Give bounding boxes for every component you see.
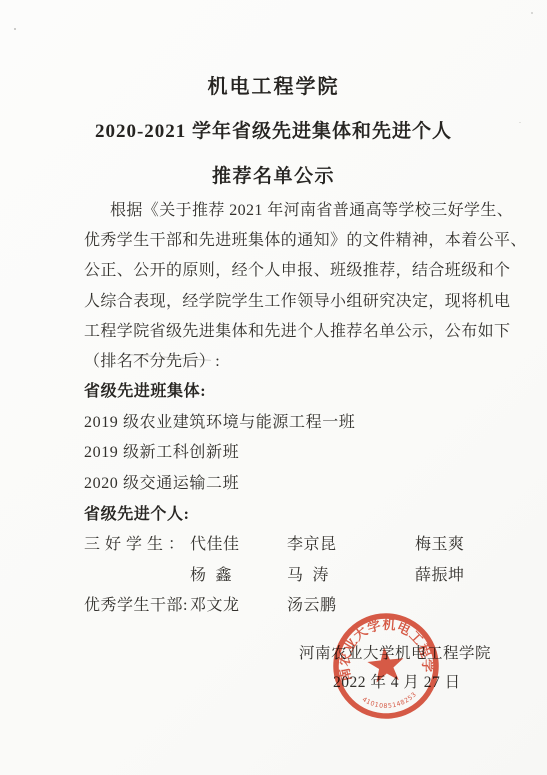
scan-speck [531, 12, 533, 14]
student-name: 代佳佳 [190, 530, 287, 561]
student-name: 马 涛 [287, 561, 415, 592]
collective-item: 2019 级新工科创新班 [84, 438, 490, 469]
collective-section-header: 省级先进班集体: [84, 377, 490, 408]
collective-item: 2020 级交通运输二班 [84, 469, 490, 500]
signature-date: 2022 年 4 月 27 日 [333, 670, 461, 692]
student-name [415, 591, 490, 622]
document-title-college: 机电工程学院 [0, 70, 547, 99]
body-line: 根据《关于推荐 2021 年河南省普通高等学校三好学生、 [84, 196, 490, 226]
body-line: （排名不分先后）: [84, 347, 490, 377]
collective-item: 2019 级农业建筑环境与能源工程一班 [84, 408, 490, 439]
award-category-label: 三 好 学 生 ： [84, 530, 190, 561]
award-category-label: 优秀学生干部: [84, 591, 190, 622]
body-line: 优秀学生干部和先进班集体的通知》的文件精神，本着公平、 [84, 226, 490, 256]
body-line: 公正、公开的原则，经个人申报、班级推荐，结合班级和个 [84, 256, 490, 286]
award-row-cadre: 优秀学生干部: 邓文龙 汤云鹏 [84, 591, 490, 622]
scanned-document-page: 机电工程学院 2020-2021 学年省级先进集体和先进个人 推荐名单公示 根据… [0, 0, 547, 775]
signature-organization: 河南农业大学机电工程学院 [299, 641, 491, 663]
student-name: 李京昆 [287, 530, 415, 561]
individual-section-header: 省级先进个人: [84, 500, 490, 531]
seal-number-textpath: 4101085148253 [360, 690, 419, 712]
document-title-notice: 推荐名单公示 [0, 161, 547, 188]
student-name: 邓文龙 [190, 591, 287, 622]
body-line: 工程学院省级先进集体和先进个人推荐名单公示，公布如下 [84, 317, 490, 347]
scan-speck [14, 28, 16, 30]
award-row-sanhao-1: 三 好 学 生 ： 代佳佳 李京昆 梅玉爽 [84, 530, 490, 561]
student-name: 梅玉爽 [415, 530, 490, 561]
award-category-label [84, 561, 190, 592]
seal-number: 4101085148253 [360, 690, 419, 712]
award-row-sanhao-2: 杨 鑫 马 涛 薛振坤 [84, 561, 490, 592]
student-name: 杨 鑫 [190, 561, 287, 592]
seal-ring [331, 611, 441, 721]
document-title-year: 2020-2021 学年省级先进集体和先进个人 [0, 116, 547, 143]
document-body: 根据《关于推荐 2021 年河南省普通高等学校三好学生、 优秀学生干部和先进班集… [84, 196, 490, 622]
student-name: 汤云鹏 [287, 591, 415, 622]
student-name: 薛振坤 [415, 561, 490, 592]
body-line: 人综合表现，经学院学生工作领导小组研究决定，现将机电 [84, 287, 490, 317]
